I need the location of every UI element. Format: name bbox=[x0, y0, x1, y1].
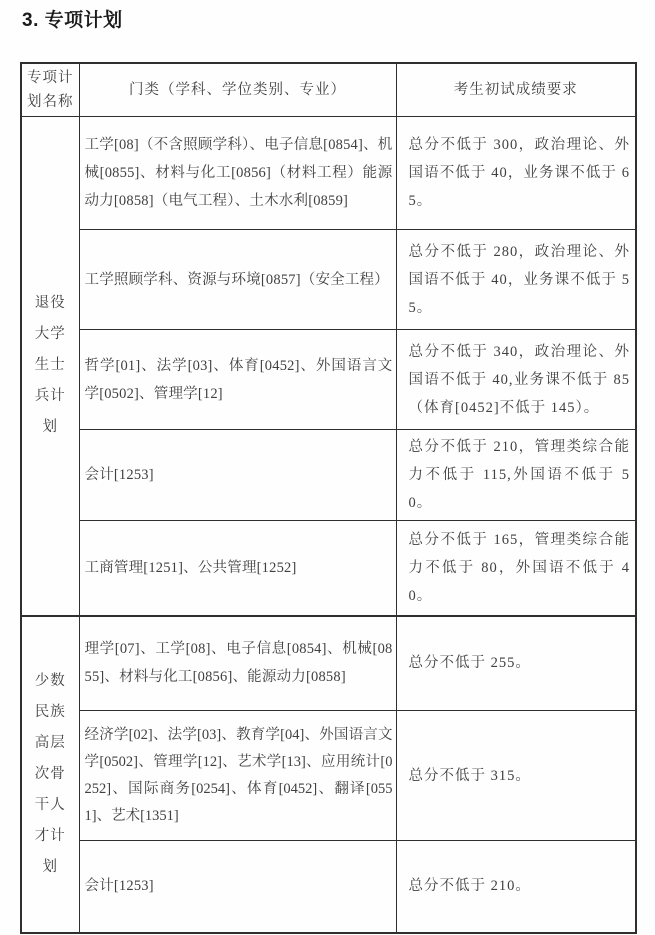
plan-name-cell-veterans: 退役大学生士兵计划 bbox=[21, 117, 79, 616]
document-page: 3. 专项计划 专项计划名称 门类（学科、学位类别、专业） 考生初试成绩要求 退… bbox=[0, 0, 655, 935]
requirement-cell: 总分不低于 210。 bbox=[396, 841, 636, 933]
plan-name-text: 退役大学生士兵计划 bbox=[33, 288, 67, 443]
header-plan-name: 专项计划名称 bbox=[21, 63, 79, 117]
requirement-cell: 总分不低于 340，政治理论、外国语不低于 40,业务课不低于 85（体育[04… bbox=[396, 330, 636, 430]
table-row: 会计[1253] 总分不低于 210。 bbox=[21, 841, 636, 933]
requirement-cell: 总分不低于 315。 bbox=[396, 711, 636, 841]
category-cell: 会计[1253] bbox=[79, 430, 396, 521]
header-row: 专项计划名称 门类（学科、学位类别、专业） 考生初试成绩要求 bbox=[21, 63, 636, 117]
table-row: 经济学[02]、法学[03]、教育学[04]、外国语言文学[0502]、管理学[… bbox=[21, 711, 636, 841]
table-row: 少数民族高层次骨干人才计划 理学[07]、工学[08]、电子信息[0854]、机… bbox=[21, 616, 636, 711]
category-cell: 工学照顾学科、资源与环境[0857]（安全工程） bbox=[79, 230, 396, 330]
category-cell: 会计[1253] bbox=[79, 841, 396, 933]
category-cell: 哲学[01]、法学[03]、体育[0452]、外国语言文学[0502]、管理学[… bbox=[79, 330, 396, 430]
requirement-cell: 总分不低于 280，政治理论、外国语不低于 40，业务课不低于 55。 bbox=[396, 230, 636, 330]
category-cell: 经济学[02]、法学[03]、教育学[04]、外国语言文学[0502]、管理学[… bbox=[79, 711, 396, 841]
page-title: 3. 专项计划 bbox=[22, 5, 123, 32]
header-requirement: 考生初试成绩要求 bbox=[396, 63, 636, 117]
table-row: 哲学[01]、法学[03]、体育[0452]、外国语言文学[0502]、管理学[… bbox=[21, 330, 636, 430]
requirement-cell: 总分不低于 210，管理类综合能力不低于 115,外国语不低于 50。 bbox=[396, 430, 636, 521]
category-cell: 理学[07]、工学[08]、电子信息[0854]、机械[0855]、材料与化工[… bbox=[79, 616, 396, 711]
requirement-cell: 总分不低于 165，管理类综合能力不低于 80，外国语不低于 40。 bbox=[396, 521, 636, 616]
table-row: 会计[1253] 总分不低于 210，管理类综合能力不低于 115,外国语不低于… bbox=[21, 430, 636, 521]
table-row: 工学照顾学科、资源与环境[0857]（安全工程） 总分不低于 280，政治理论、… bbox=[21, 230, 636, 330]
category-cell: 工商管理[1251]、公共管理[1252] bbox=[79, 521, 396, 616]
header-category: 门类（学科、学位类别、专业） bbox=[79, 63, 396, 117]
special-plans-table: 专项计划名称 门类（学科、学位类别、专业） 考生初试成绩要求 退役大学生士兵计划… bbox=[20, 62, 637, 934]
table-row: 退役大学生士兵计划 工学[08]（不含照顾学科）、电子信息[0854]、机械[0… bbox=[21, 117, 636, 230]
category-cell: 工学[08]（不含照顾学科）、电子信息[0854]、机械[0855]、材料与化工… bbox=[79, 117, 396, 230]
requirement-cell: 总分不低于 255。 bbox=[396, 616, 636, 711]
requirement-cell: 总分不低于 300，政治理论、外国语不低于 40，业务课不低于 65。 bbox=[396, 117, 636, 230]
plan-name-cell-minority: 少数民族高层次骨干人才计划 bbox=[21, 616, 79, 933]
table-row: 工商管理[1251]、公共管理[1252] 总分不低于 165，管理类综合能力不… bbox=[21, 521, 636, 616]
plan-name-text: 少数民族高层次骨干人才计划 bbox=[33, 666, 67, 883]
